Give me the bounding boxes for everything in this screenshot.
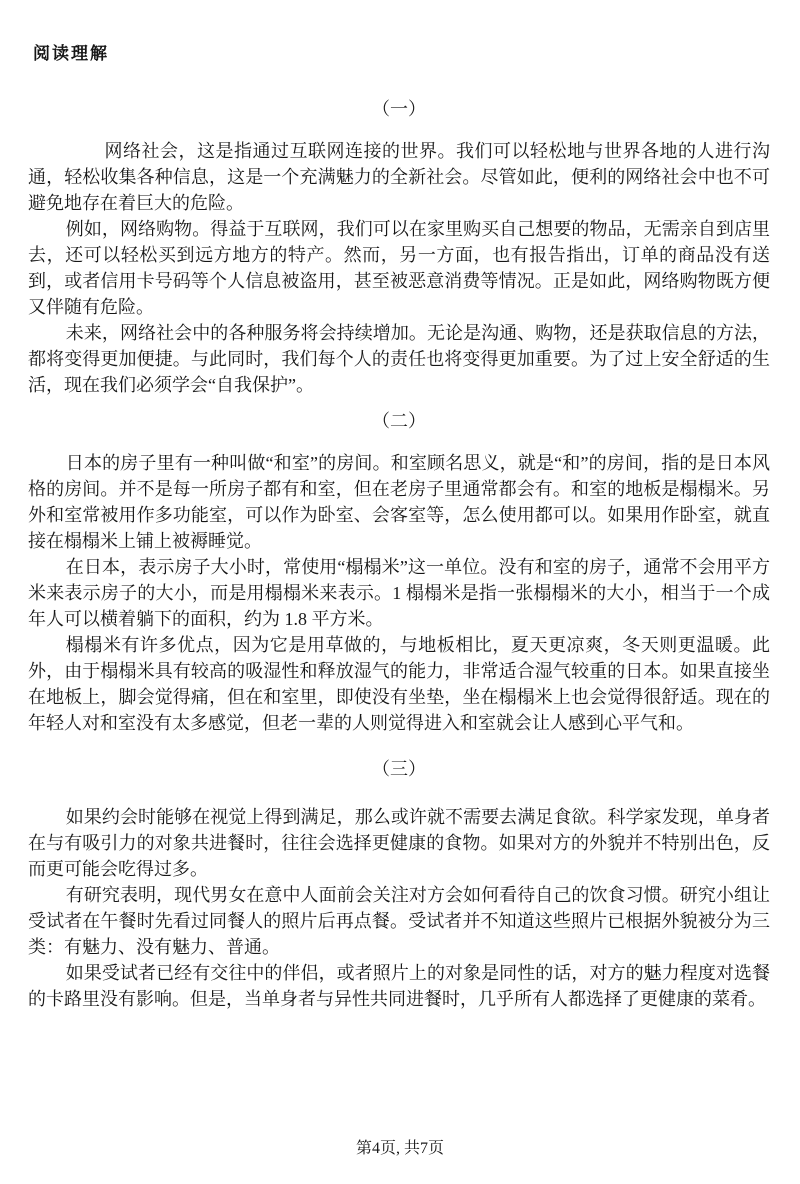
paragraph: 未来，网络社会中的各种服务将会持续增加。无论是沟通、购物，还是获取信息的方法，都… bbox=[28, 320, 770, 398]
section-1-body: 网络社会，这是指通过互联网连接的世界。我们可以轻松地与世界各地的人进行沟通，轻松… bbox=[28, 138, 770, 398]
reading-section-3: （三） 如果约会时能够在视觉上得到满足，那么或许就不需要去满足食欲。科学家发现，… bbox=[28, 756, 770, 1012]
paragraph: 网络社会，这是指通过互联网连接的世界。我们可以轻松地与世界各地的人进行沟通，轻松… bbox=[28, 138, 770, 216]
paragraph: 例如，网络购物。得益于互联网，我们可以在家里购买自己想要的物品，无需亲自到店里去… bbox=[28, 216, 770, 320]
section-2-body: 日本的房子里有一种叫做“和室”的房间。和室顾名思义，就是“和”的房间，指的是日本… bbox=[28, 450, 770, 736]
reading-section-1: （一） 网络社会，这是指通过互联网连接的世界。我们可以轻松地与世界各地的人进行沟… bbox=[28, 96, 770, 398]
paragraph: 在日本，表示房子大小时，常使用“榻榻米”这一单位。没有和室的房子，通常不会用平方… bbox=[28, 554, 770, 632]
paragraph: 榻榻米有许多优点，因为它是用草做的，与地板相比，夏天更凉爽，冬天则更温暖。此外，… bbox=[28, 632, 770, 736]
section-3-body: 如果约会时能够在视觉上得到满足，那么或许就不需要去满足食欲。科学家发现，单身者在… bbox=[28, 804, 770, 1012]
paragraph: 如果约会时能够在视觉上得到满足，那么或许就不需要去满足食欲。科学家发现，单身者在… bbox=[28, 804, 770, 882]
page-number-footer: 第4页, 共7页 bbox=[0, 1140, 800, 1158]
reading-section-2: （二） 日本的房子里有一种叫做“和室”的房间。和室顾名思义，就是“和”的房间，指… bbox=[28, 408, 770, 736]
section-2-heading: （二） bbox=[28, 408, 770, 434]
paragraph: 有研究表明，现代男女在意中人面前会关注对方会如何看待自己的饮食习惯。研究小组让受… bbox=[28, 882, 770, 960]
document-page: 阅读理解 （一） 网络社会，这是指通过互联网连接的世界。我们可以轻松地与世界各地… bbox=[0, 0, 800, 1184]
section-1-heading: （一） bbox=[28, 96, 770, 122]
paragraph: 日本的房子里有一种叫做“和室”的房间。和室顾名思义，就是“和”的房间，指的是日本… bbox=[28, 450, 770, 554]
paragraph: 如果受试者已经有交往中的伴侣，或者照片上的对象是同性的话，对方的魅力程度对选餐的… bbox=[28, 960, 770, 1012]
section-3-heading: （三） bbox=[28, 756, 770, 782]
document-title: 阅读理解 bbox=[33, 44, 770, 64]
